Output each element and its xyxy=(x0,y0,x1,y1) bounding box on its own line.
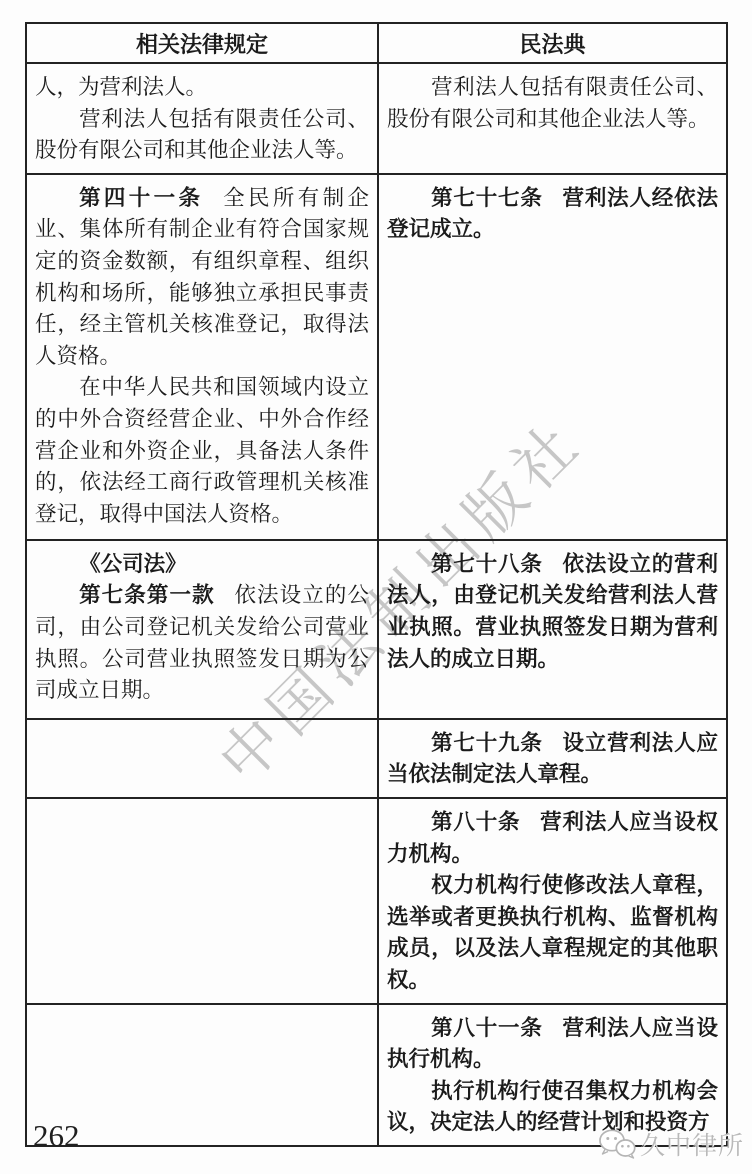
article-number: 第八十条 xyxy=(431,810,520,834)
table-row: 《公司法》第七条第一款依法设立的公司，由公司登记机关发给公司营业执照。公司营业执… xyxy=(27,539,726,718)
article-number: 《公司法》 xyxy=(79,552,187,576)
article-number: 第七十八条 xyxy=(431,552,543,576)
column-header-civil-code: 民法典 xyxy=(379,24,726,62)
cell-civil-code: 第七十九条设立营利法人应当依法制定法人章程。 xyxy=(379,720,726,797)
table-row: 第七十九条设立营利法人应当依法制定法人章程。 xyxy=(27,718,726,797)
cell-related-law xyxy=(27,1005,379,1145)
paragraph: 第七十八条依法设立的营利法人，由登记机关发给营利法人营业执照。营业执照签发日期为… xyxy=(387,549,718,675)
cell-related-law: 第四十一条全民所有制企业、集体所有制企业有符合国家规定的资金数额，有组织章程、组… xyxy=(27,175,379,539)
article-number: 第四十一条 xyxy=(79,186,203,210)
paragraph: 人，为营利法人。 xyxy=(35,72,369,104)
paragraph: 营利法人包括有限责任公司、股份有限公司和其他企业法人等。 xyxy=(387,72,718,135)
wechat-bubbles-icon xyxy=(597,1128,637,1160)
paragraph: 第八十一条营利法人应当设执行机构。 xyxy=(387,1013,718,1076)
paragraph: 权力机构行使修改法人章程，选举或者更换执行机构、监督机构成员，以及法人章程规定的… xyxy=(387,870,718,996)
paragraph: 第七十九条设立营利法人应当依法制定法人章程。 xyxy=(387,728,718,791)
table-body: 人，为营利法人。营利法人包括有限责任公司、股份有限公司和其他企业法人等。营利法人… xyxy=(27,62,726,1145)
table-row: 人，为营利法人。营利法人包括有限责任公司、股份有限公司和其他企业法人等。营利法人… xyxy=(27,62,726,173)
cell-related-law: 人，为营利法人。营利法人包括有限责任公司、股份有限公司和其他企业法人等。 xyxy=(27,64,379,173)
cell-civil-code: 第八十一条营利法人应当设执行机构。执行机构行使召集权力机构会议，决定法人的经营计… xyxy=(379,1005,726,1145)
paragraph: 第七十七条营利法人经依法登记成立。 xyxy=(387,183,718,246)
paragraph: 在中华人民共和国领域内设立的中外合资经营企业、中外合作经营企业和外资企业，具备法… xyxy=(35,372,369,530)
comparison-table: 相关法律规定 民法典 人，为营利法人。营利法人包括有限责任公司、股份有限公司和其… xyxy=(25,22,728,1147)
page-number: 262 xyxy=(33,1118,80,1154)
table-row: 第四十一条全民所有制企业、集体所有制企业有符合国家规定的资金数额，有组织章程、组… xyxy=(27,173,726,539)
table-row: 第八十条营利法人应当设权力机构。权力机构行使修改法人章程，选举或者更换执行机构、… xyxy=(27,797,726,1003)
article-number: 第八十一条 xyxy=(431,1016,543,1040)
article-number: 第七十七条 xyxy=(431,186,543,210)
article-number: 第七条第一款 xyxy=(79,583,215,607)
paragraph: 第四十一条全民所有制企业、集体所有制企业有符合国家规定的资金数额，有组织章程、组… xyxy=(35,183,369,373)
cell-civil-code: 第八十条营利法人应当设权力机构。权力机构行使修改法人章程，选举或者更换执行机构、… xyxy=(379,799,726,1003)
paragraph: 《公司法》 xyxy=(35,549,369,581)
law-firm-name: 久中律所 xyxy=(640,1126,744,1162)
cell-civil-code: 第七十七条营利法人经依法登记成立。 xyxy=(379,175,726,539)
paragraph: 第七条第一款依法设立的公司，由公司登记机关发给公司营业执照。公司营业执照签发日期… xyxy=(35,580,369,706)
paragraph: 营利法人包括有限责任公司、股份有限公司和其他企业法人等。 xyxy=(35,104,369,167)
law-firm-logo: 久中律所 xyxy=(597,1126,744,1162)
table-row: 第八十一条营利法人应当设执行机构。执行机构行使召集权力机构会议，决定法人的经营计… xyxy=(27,1003,726,1145)
cell-related-law xyxy=(27,720,379,797)
article-number: 第七十九条 xyxy=(431,731,543,755)
column-header-related-laws: 相关法律规定 xyxy=(27,24,379,62)
table-header-row: 相关法律规定 民法典 xyxy=(27,24,726,62)
paragraph: 第八十条营利法人应当设权力机构。 xyxy=(387,807,718,870)
cell-civil-code: 第七十八条依法设立的营利法人，由登记机关发给营利法人营业执照。营业执照签发日期为… xyxy=(379,541,726,718)
cell-civil-code: 营利法人包括有限责任公司、股份有限公司和其他企业法人等。 xyxy=(379,64,726,173)
cell-related-law: 《公司法》第七条第一款依法设立的公司，由公司登记机关发给公司营业执照。公司营业执… xyxy=(27,541,379,718)
cell-related-law xyxy=(27,799,379,1003)
